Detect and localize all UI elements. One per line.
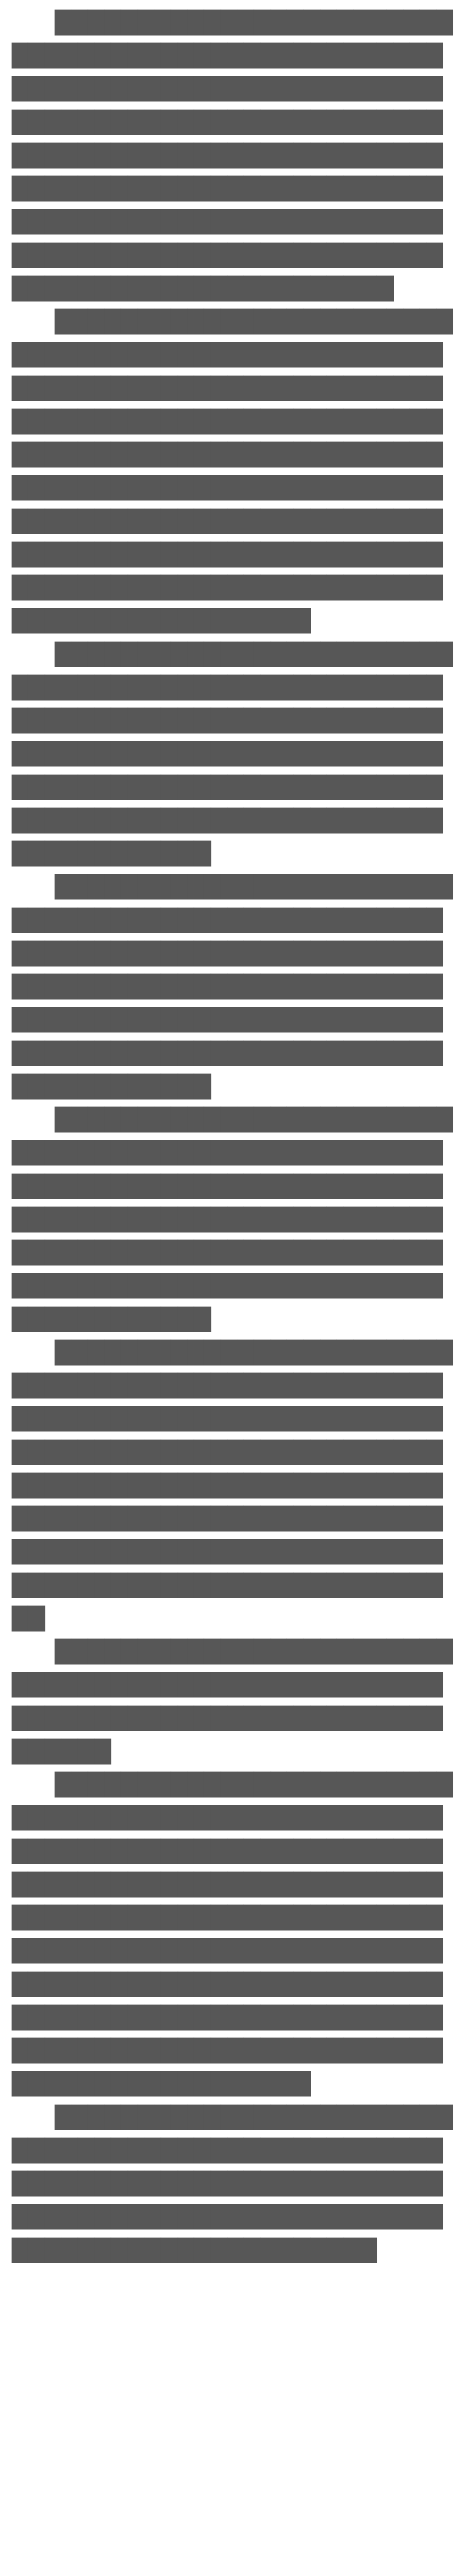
paragraph-container: ████████████████████████████████████████… (12, 7, 453, 2268)
paragraph-7: ████████████████████████████████████████… (12, 1636, 453, 1769)
paragraph-4: ████████████████████████████████████████… (12, 871, 453, 1104)
paragraph-5: ████████████████████████████████████████… (12, 1104, 453, 1337)
novel-text-page: ████████████████████████████████████████… (0, 0, 465, 2576)
paragraph-2: ████████████████████████████████████████… (12, 306, 453, 638)
paragraph-3: ████████████████████████████████████████… (12, 638, 453, 871)
paragraph-9: ████████████████████████████████████████… (12, 2101, 453, 2268)
paragraph-1: ████████████████████████████████████████… (12, 7, 453, 306)
paragraph-8: ████████████████████████████████████████… (12, 1769, 453, 2101)
paragraph-6: ████████████████████████████████████████… (12, 1337, 453, 1636)
